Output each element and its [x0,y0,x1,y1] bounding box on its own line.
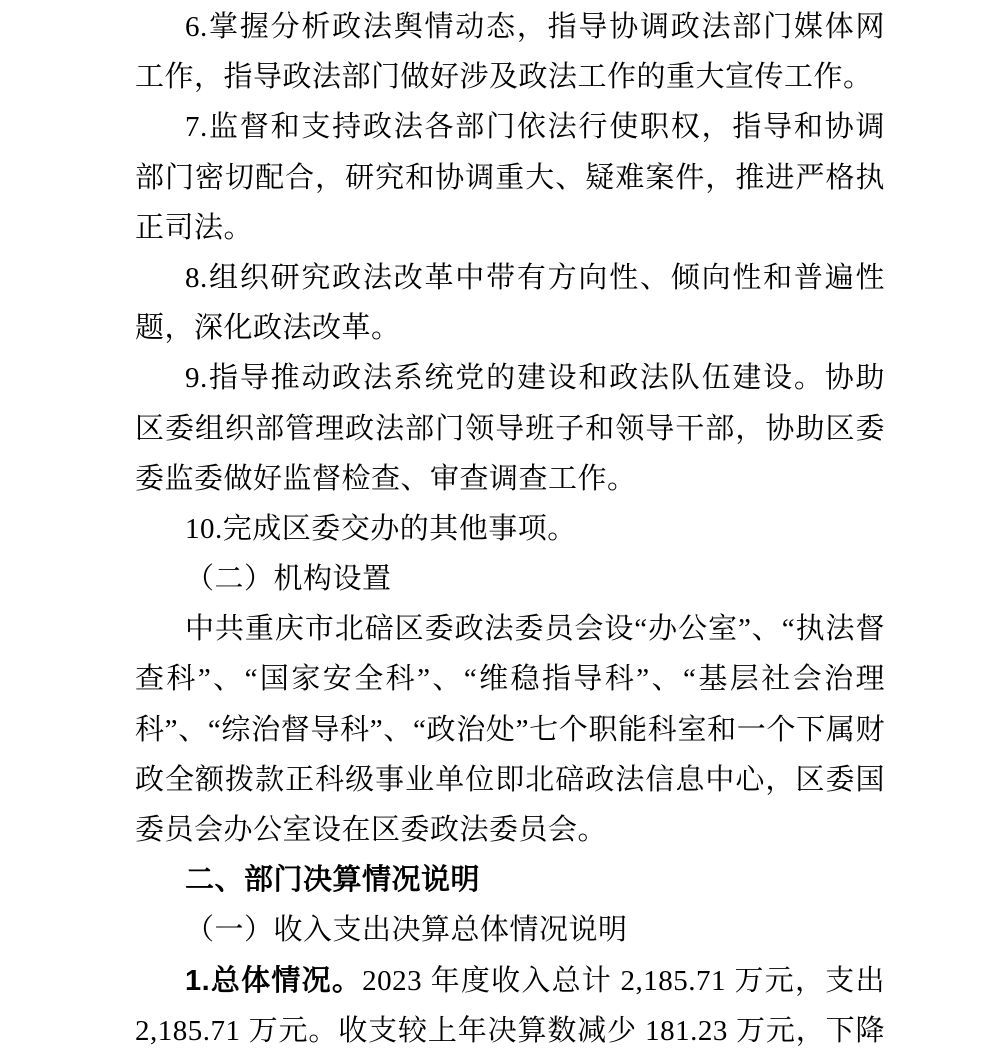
paragraph: 1.总体情况。2023 年度收入总计 2,185.71 万元，支出总计2,185… [135,956,885,1056]
paragraph-line: 工作，指导政法部门做好涉及政法工作的重大宣传工作。 [135,52,885,102]
paragraph-line: 2,185.71 万元。收支较上年决算数减少 181.23 万元，下降 7.66… [135,1006,885,1056]
paragraph-line: （一）收入支出决算总体情况说明 [135,905,885,955]
paragraph: （二）机构设置 [135,554,885,604]
paragraph-line: 委员会办公室设在区委政法委员会。 [135,805,885,855]
bold-lead-text: 1.总体情况。 [185,965,362,997]
paragraph-line: 中共重庆市北碚区委政法委员会设“办公室”、“执法督 [135,604,885,654]
paragraph-line: 6.掌握分析政法舆情动态，指导协调政法部门媒体网络宣传 [135,2,885,52]
paragraph: 中共重庆市北碚区委政法委员会设“办公室”、“执法督查科”、“国家安全科”、“维稳… [135,604,885,855]
paragraph: 8.组织研究政法改革中带有方向性、倾向性和普遍性重大问题，深化政法改革。 [135,253,885,353]
paragraph: 二、部门决算情况说明 [135,855,885,905]
paragraph-line: 7.监督和支持政法各部门依法行使职权，指导和协调政法各 [135,102,885,152]
paragraph-line: 科”、“综治督导科”、“政治处”七个职能科室和一个下属财 [135,705,885,755]
paragraph-line: 政全额拨款正科级事业单位即北碚政法信息中心，区委国家安全 [135,755,885,805]
paragraph: 10.完成区委交办的其他事项。 [135,504,885,554]
paragraph: （一）收入支出决算总体情况说明 [135,905,885,955]
paragraph-line: 正司法。 [135,203,885,253]
document-page: { "page": { "background_color": "#ffffff… [0,0,1000,1060]
paragraph-line: 部门密切配合，研究和协调重大、疑难案件，推进严格执法、公 [135,153,885,203]
paragraph-line: 8.组织研究政法改革中带有方向性、倾向性和普遍性重大问 [135,253,885,303]
paragraph-line: 题，深化政法改革。 [135,303,885,353]
paragraph-line: 查科”、“国家安全科”、“维稳指导科”、“基层社会治理 [135,654,885,704]
paragraph-line: 二、部门决算情况说明 [135,855,885,905]
paragraph: 9.指导推动政法系统党的建设和政法队伍建设。协助区委及区委组织部管理政法部门领导… [135,353,885,504]
paragraph: 7.监督和支持政法各部门依法行使职权，指导和协调政法各部门密切配合，研究和协调重… [135,102,885,253]
paragraph-line: 委监委做好监督检查、审查调查工作。 [135,454,885,504]
paragraph-line: 10.完成区委交办的其他事项。 [135,504,885,554]
paragraph-line: 区委组织部管理政法部门领导班子和领导干部，协助区委和区纪 [135,404,885,454]
paragraph-line: 9.指导推动政法系统党的建设和政法队伍建设。协助区委及 [135,353,885,403]
paragraph: 6.掌握分析政法舆情动态，指导协调政法部门媒体网络宣传工作，指导政法部门做好涉及… [135,2,885,102]
document-body: 6.掌握分析政法舆情动态，指导协调政法部门媒体网络宣传工作，指导政法部门做好涉及… [135,2,885,1056]
paragraph-line: 1.总体情况。2023 年度收入总计 2,185.71 万元，支出总计 [135,956,885,1006]
paragraph-line: （二）机构设置 [135,554,885,604]
